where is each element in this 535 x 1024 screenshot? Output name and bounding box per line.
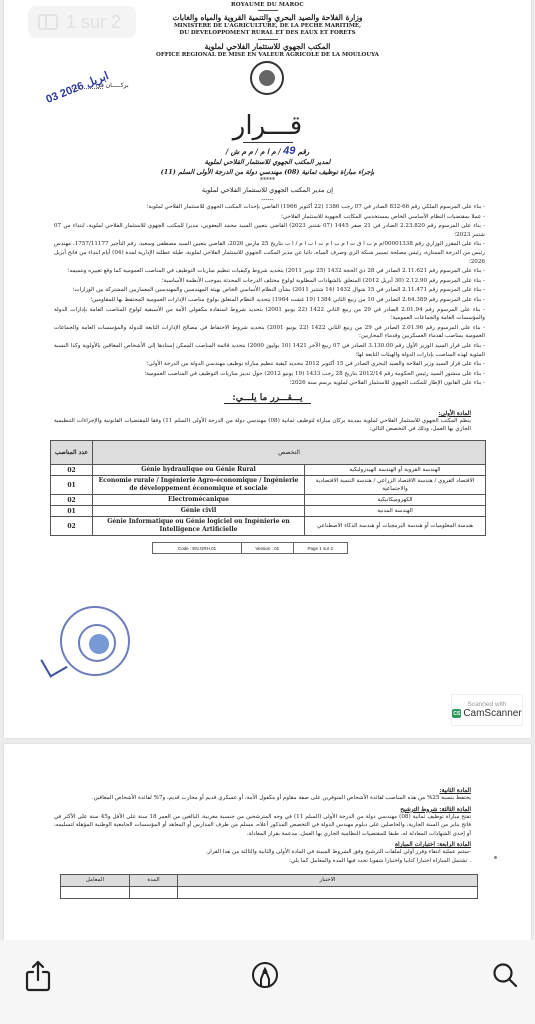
posts-cell: 01 xyxy=(51,506,93,517)
bottom-toolbar xyxy=(0,940,535,1024)
document-page-2: المادة الثانية: يحتفظ بنسبة 25% من هذه ا… xyxy=(4,744,531,944)
specialty-fr-cell: Génie civil xyxy=(93,506,305,517)
table-row: 02 Electromécanique الكهروميكانيكية xyxy=(51,495,486,506)
recital: - بناء على المرسوم رقم 2.11.471 الصادر ف… xyxy=(54,286,485,295)
duration-cell xyxy=(130,886,178,898)
number-suffix: / م ا م / م م ش / xyxy=(226,147,281,156)
share-icon xyxy=(25,960,51,992)
document-footer-code: Code : EN.GRH.01 Version : 01 Page 1 sur… xyxy=(152,542,348,554)
decides-heading: يـــقـــرر ما يلـــي: xyxy=(4,393,531,403)
dash-separator: ------ xyxy=(4,196,531,203)
specialty-fr-cell: Génie Informatique ou Génie logiciel ou … xyxy=(93,517,305,536)
decision-intro: إن مدير المكتب الجهوي للاستثمار الفلاحي … xyxy=(4,186,531,194)
share-button[interactable] xyxy=(22,958,54,994)
decides-text: يـــقـــرر ما يلـــي: xyxy=(224,393,310,404)
footer-code: Code : EN.GRH.01 xyxy=(153,543,242,553)
markup-pen-icon xyxy=(251,961,279,989)
footer-version: Version : 01 xyxy=(242,543,293,553)
table-row: 01 Génie civil الهندسة المدنية xyxy=(51,506,486,517)
logo-and-date-row: 03 ابريل 2026 بركـــــان في xyxy=(4,59,531,119)
table-row: 01 Economie rurale / Ingénierie Agro-éco… xyxy=(51,476,486,495)
divider xyxy=(258,10,278,11)
scan-speck xyxy=(494,856,497,859)
specialty-ar-cell: الهندسة القروية أو الهندسة الهيدروليكية xyxy=(305,465,486,476)
sidebar-thumbnails-icon xyxy=(38,14,58,30)
pdf-viewer: ROYAUME DU MAROC وزارة الفلاحة والصيد ال… xyxy=(0,0,535,1024)
recital: - بناء على قرار السيد الوزير الأول رقم 3… xyxy=(54,342,485,359)
specialty-ar-cell: الهندسة المدنية xyxy=(305,506,486,517)
office-title-ar: المكتب الجهوي للاستثمار الفلاحي لملوية xyxy=(4,42,531,52)
search-button[interactable] xyxy=(490,960,520,990)
specialty-ar-cell: هندسة المعلوميات أو هندسة البرمجيات أو ه… xyxy=(305,517,486,536)
markup-button[interactable] xyxy=(250,960,280,990)
specialty-ar-cell: الكهروميكانيكية xyxy=(305,495,486,506)
divider xyxy=(258,39,278,40)
header-coefficient: المعامل xyxy=(61,874,130,886)
exam-table: الاختبار المدة المعامل xyxy=(60,874,478,899)
recital: - بناء على المرسوم رقم 2.64.389 الصادر ف… xyxy=(54,296,485,305)
header-duration: المدة xyxy=(130,874,178,886)
table-row: 02 Génie Informatique ou Génie logiciel … xyxy=(51,517,486,536)
header-specialty: التخصص xyxy=(93,441,486,465)
header-posts: عدد المناصب xyxy=(51,441,93,465)
office-logo-icon xyxy=(250,61,284,95)
article-4-line-2: . تشتمل المباراة اختبارا كتابيا واختبارا… xyxy=(4,857,531,866)
camscanner-logo-icon: CS xyxy=(452,709,461,718)
recital: - عملا بمقتضيات النظام الأساسي الخاص بمس… xyxy=(54,213,485,222)
article-3-text: تفتح مباراة توظيف ثمانية (08) مهندسي دول… xyxy=(4,813,531,839)
decision-subject: بإجراء مباراة توظيف ثمانية (08) مهندسي د… xyxy=(4,167,531,177)
recital: - بناء على المرسوم رقم 2.12.90 (30 أبريل… xyxy=(54,277,485,286)
table-row xyxy=(61,886,478,898)
article-1-text: ينظم المكتب الجهوي للاستثمار الفلاحي لمل… xyxy=(4,417,531,434)
posts-cell: 02 xyxy=(51,495,93,506)
posts-cell: 01 xyxy=(51,476,93,495)
camscanner-brand-label: CamScanner xyxy=(463,708,521,719)
table-row: 02 Génie hydraulique ou Génie Rural الهن… xyxy=(51,465,486,476)
page-indicator[interactable]: 1 sur 2 xyxy=(28,6,136,38)
stars-separator: ***** xyxy=(4,177,531,184)
decision-number: رقم 49 / م ا م / م م ش / xyxy=(4,145,531,157)
footer-page: Page 1 sur 2 xyxy=(294,543,347,553)
page-indicator-label: 1 sur 2 xyxy=(66,12,121,33)
coefficient-cell xyxy=(61,886,130,898)
article-4-line-1: -ستتم عملية انتقاء وفرز أولي لملفات التر… xyxy=(4,848,531,857)
camscanner-watermark: Scanned with CS CamScanner xyxy=(451,694,523,726)
specialty-fr-cell: Electromécanique xyxy=(93,495,305,506)
table-header-row: عدد المناصب التخصص xyxy=(51,441,486,465)
specialty-table: عدد المناصب التخصص 02 Génie hydraulique … xyxy=(50,440,486,536)
search-icon xyxy=(492,962,518,988)
recital: - بناء على قرار السيد وزير الفلاحة والصي… xyxy=(54,360,485,369)
recital: - بناء على المرسوم الملكي رقم 66-832 الص… xyxy=(54,203,485,212)
header-exam: الاختبار xyxy=(178,874,478,886)
official-seal-icon xyxy=(60,606,130,676)
posts-cell: 02 xyxy=(51,465,93,476)
place-label: بركـــــان في xyxy=(96,82,129,89)
number-prefix: رقم xyxy=(298,147,309,156)
recitals-list: - بناء على المرسوم الملكي رقم 66-832 الص… xyxy=(4,203,531,388)
recital: - بناء على المرسوم رقم 2.23.820 الصادر ف… xyxy=(54,222,485,239)
document-page-1: ROYAUME DU MAROC وزارة الفلاحة والصيد ال… xyxy=(4,0,531,738)
decision-by-line: لمدير المكتب الجهوي للاستثمار الفلاحي لم… xyxy=(4,157,531,167)
number-value: 49 xyxy=(283,145,295,157)
recital: - بناء على منشور السيد رئيس الحكومة رقم … xyxy=(54,370,485,379)
office-title-fr: OFFICE REGIONAL DE MISE EN VALEUR AGRICO… xyxy=(4,52,531,59)
camscanner-brand: CS CamScanner xyxy=(452,708,521,719)
article-2-text: يحتفظ بنسبة 25% من هذه المناصب لفائدة ال… xyxy=(4,794,531,803)
table-header-row: الاختبار المدة المعامل xyxy=(61,874,478,886)
recital: - بناء على المرسوم رقم 2.01.96 الصادر في… xyxy=(54,324,485,341)
specialty-ar-cell: الاقتصاد القروي / هندسة الاقتصاد الزراعي… xyxy=(305,476,486,495)
title-underline xyxy=(243,142,293,143)
recital: - بناء على القانون الإطار للمكتب الجهوي … xyxy=(54,379,485,388)
specialty-fr-cell: Génie hydraulique ou Génie Rural xyxy=(93,465,305,476)
recital: - بناء على المرسوم رقم 2.11.621 الصادر ف… xyxy=(54,267,485,276)
specialty-fr-cell: Economie rurale / Ingénierie Agro-économ… xyxy=(93,476,305,495)
posts-cell: 02 xyxy=(51,517,93,536)
recital: - بناء على المقرر الوزاري رقم 00001338/م… xyxy=(54,240,485,266)
exam-cell xyxy=(178,886,478,898)
scanned-with-label: Scanned with xyxy=(467,701,506,708)
recital: - بناء على المرسوم رقم 2.01.94 الصادر في… xyxy=(54,306,485,323)
